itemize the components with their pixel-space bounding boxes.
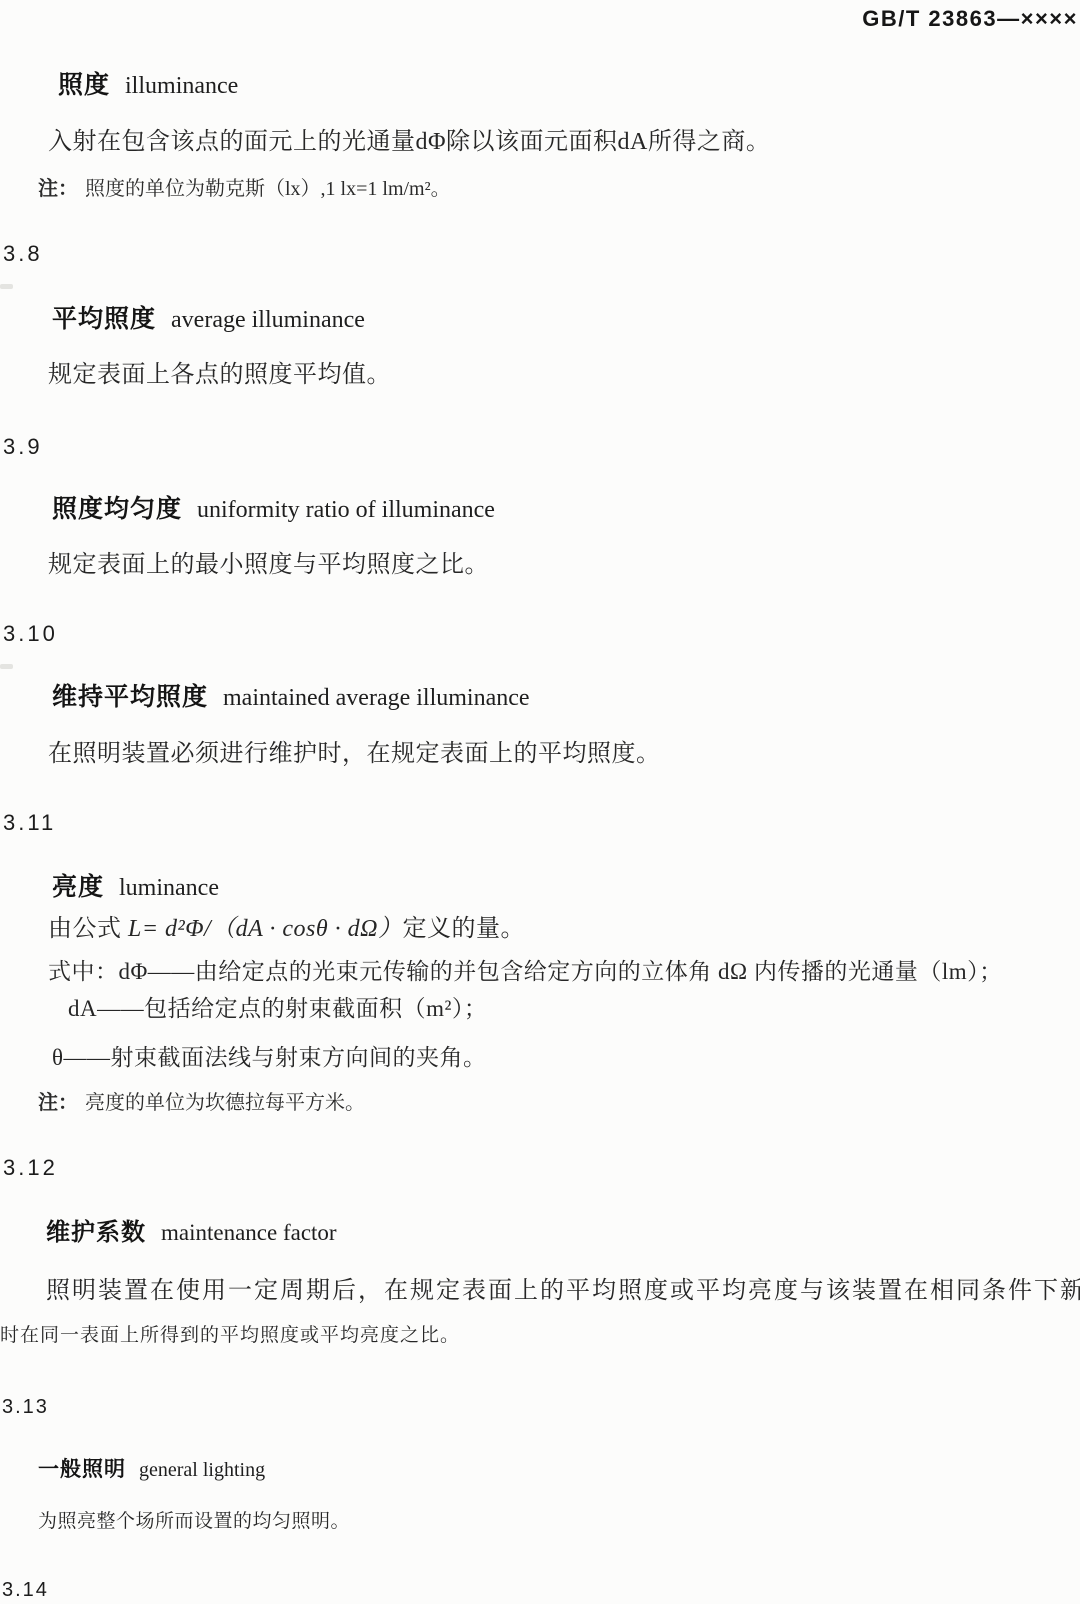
term-zh: 亮度: [52, 873, 104, 901]
scan-artifact: [0, 284, 13, 289]
note-text: 亮度的单位为坎德拉每平方米。: [85, 1092, 365, 1114]
term-heading-maintained-average-illuminance: 维持平均照度maintained average illuminance: [52, 682, 530, 713]
note-label: 注：: [38, 1092, 78, 1114]
term-zh: 维持平均照度: [52, 683, 208, 711]
formula-where-phi: 式中：dΦ——由给定点的光束元传输的并包含给定方向的立体角 dΩ 内传播的光通量…: [48, 957, 1003, 987]
term-zh: 照度: [58, 71, 110, 99]
term-heading-average-illuminance: 平均照度average illuminance: [52, 304, 365, 335]
clause-number-3-9: 3.9: [3, 434, 43, 460]
definition-maintenance-factor-line1: 照明装置在使用一定周期后，在规定表面上的平均照度或平均亮度与该装置在相同条件下新…: [46, 1276, 1080, 1307]
formula-expression: L= d²Φ/（dA · cosθ · dΩ）: [128, 916, 403, 942]
term-heading-uniformity-ratio: 照度均匀度uniformity ratio of illuminance: [52, 494, 495, 525]
clause-number-3-10: 3.10: [3, 621, 58, 647]
term-en: illuminance: [125, 73, 238, 99]
formula-prefix: 由公式: [48, 916, 128, 942]
term-heading-illuminance: 照度illuminance: [58, 70, 238, 101]
term-zh: 照度均匀度: [52, 495, 182, 523]
note-illuminance: 注：照度的单位为勒克斯（lx）,1 lx=1 lm/m²。: [38, 176, 451, 202]
definition-maintained-average-illuminance: 在照明装置必须进行维护时，在规定表面上的平均照度。: [48, 739, 661, 770]
formula-where-area: dA——包括给定点的射束截面积（m²）；: [68, 994, 487, 1024]
clause-number-3-14: 3.14: [2, 1579, 49, 1602]
term-en: maintained average illuminance: [223, 685, 530, 711]
clause-number-3-12: 3.12: [3, 1155, 58, 1181]
term-zh: 维护系数: [46, 1219, 146, 1246]
doc-number: GB/T 23863—××××: [862, 6, 1078, 32]
note-luminance: 注：亮度的单位为坎德拉每平方米。: [38, 1090, 365, 1116]
term-zh: 平均照度: [52, 305, 156, 333]
term-en: general lighting: [139, 1459, 265, 1481]
term-en: luminance: [119, 875, 219, 901]
term-en: maintenance factor: [161, 1220, 337, 1245]
term-heading-general-lighting: 一般照明general lighting: [38, 1457, 265, 1483]
note-label: 注：: [38, 178, 78, 200]
clause-number-3-11: 3.11: [3, 810, 56, 836]
clause-number-3-8: 3.8: [3, 241, 43, 267]
document-page: GB/T 23863—×××× 照度illuminance 入射在包含该点的面元…: [0, 0, 1080, 1604]
note-text: 照度的单位为勒克斯（lx）,1 lx=1 lm/m²。: [85, 178, 451, 200]
definition-uniformity-ratio: 规定表面上的最小照度与平均照度之比。: [48, 550, 489, 581]
term-en: uniformity ratio of illuminance: [197, 497, 495, 523]
formula-where-theta: θ——射束截面法线与射束方向间的夹角。: [52, 1043, 487, 1073]
scan-artifact: [0, 664, 13, 669]
term-heading-maintenance-factor: 维护系数maintenance factor: [46, 1218, 337, 1248]
definition-general-lighting: 为照亮整个场所而设置的均匀照明。: [38, 1510, 350, 1535]
term-heading-luminance: 亮度luminance: [52, 872, 219, 903]
formula-suffix: 定义的量。: [403, 916, 526, 942]
term-zh: 一般照明: [38, 1458, 126, 1481]
definition-illuminance: 入射在包含该点的面元上的光通量dΦ除以该面元面积dA所得之商。: [48, 127, 770, 158]
definition-average-illuminance: 规定表面上各点的照度平均值。: [48, 360, 391, 391]
luminance-formula: 由公式 L= d²Φ/（dA · cosθ · dΩ）定义的量。: [48, 914, 525, 945]
clause-number-3-13: 3.13: [2, 1396, 49, 1419]
term-en: average illuminance: [171, 307, 365, 333]
definition-maintenance-factor-line2: 时在同一表面上所得到的平均照度或平均亮度之比。: [0, 1324, 460, 1349]
